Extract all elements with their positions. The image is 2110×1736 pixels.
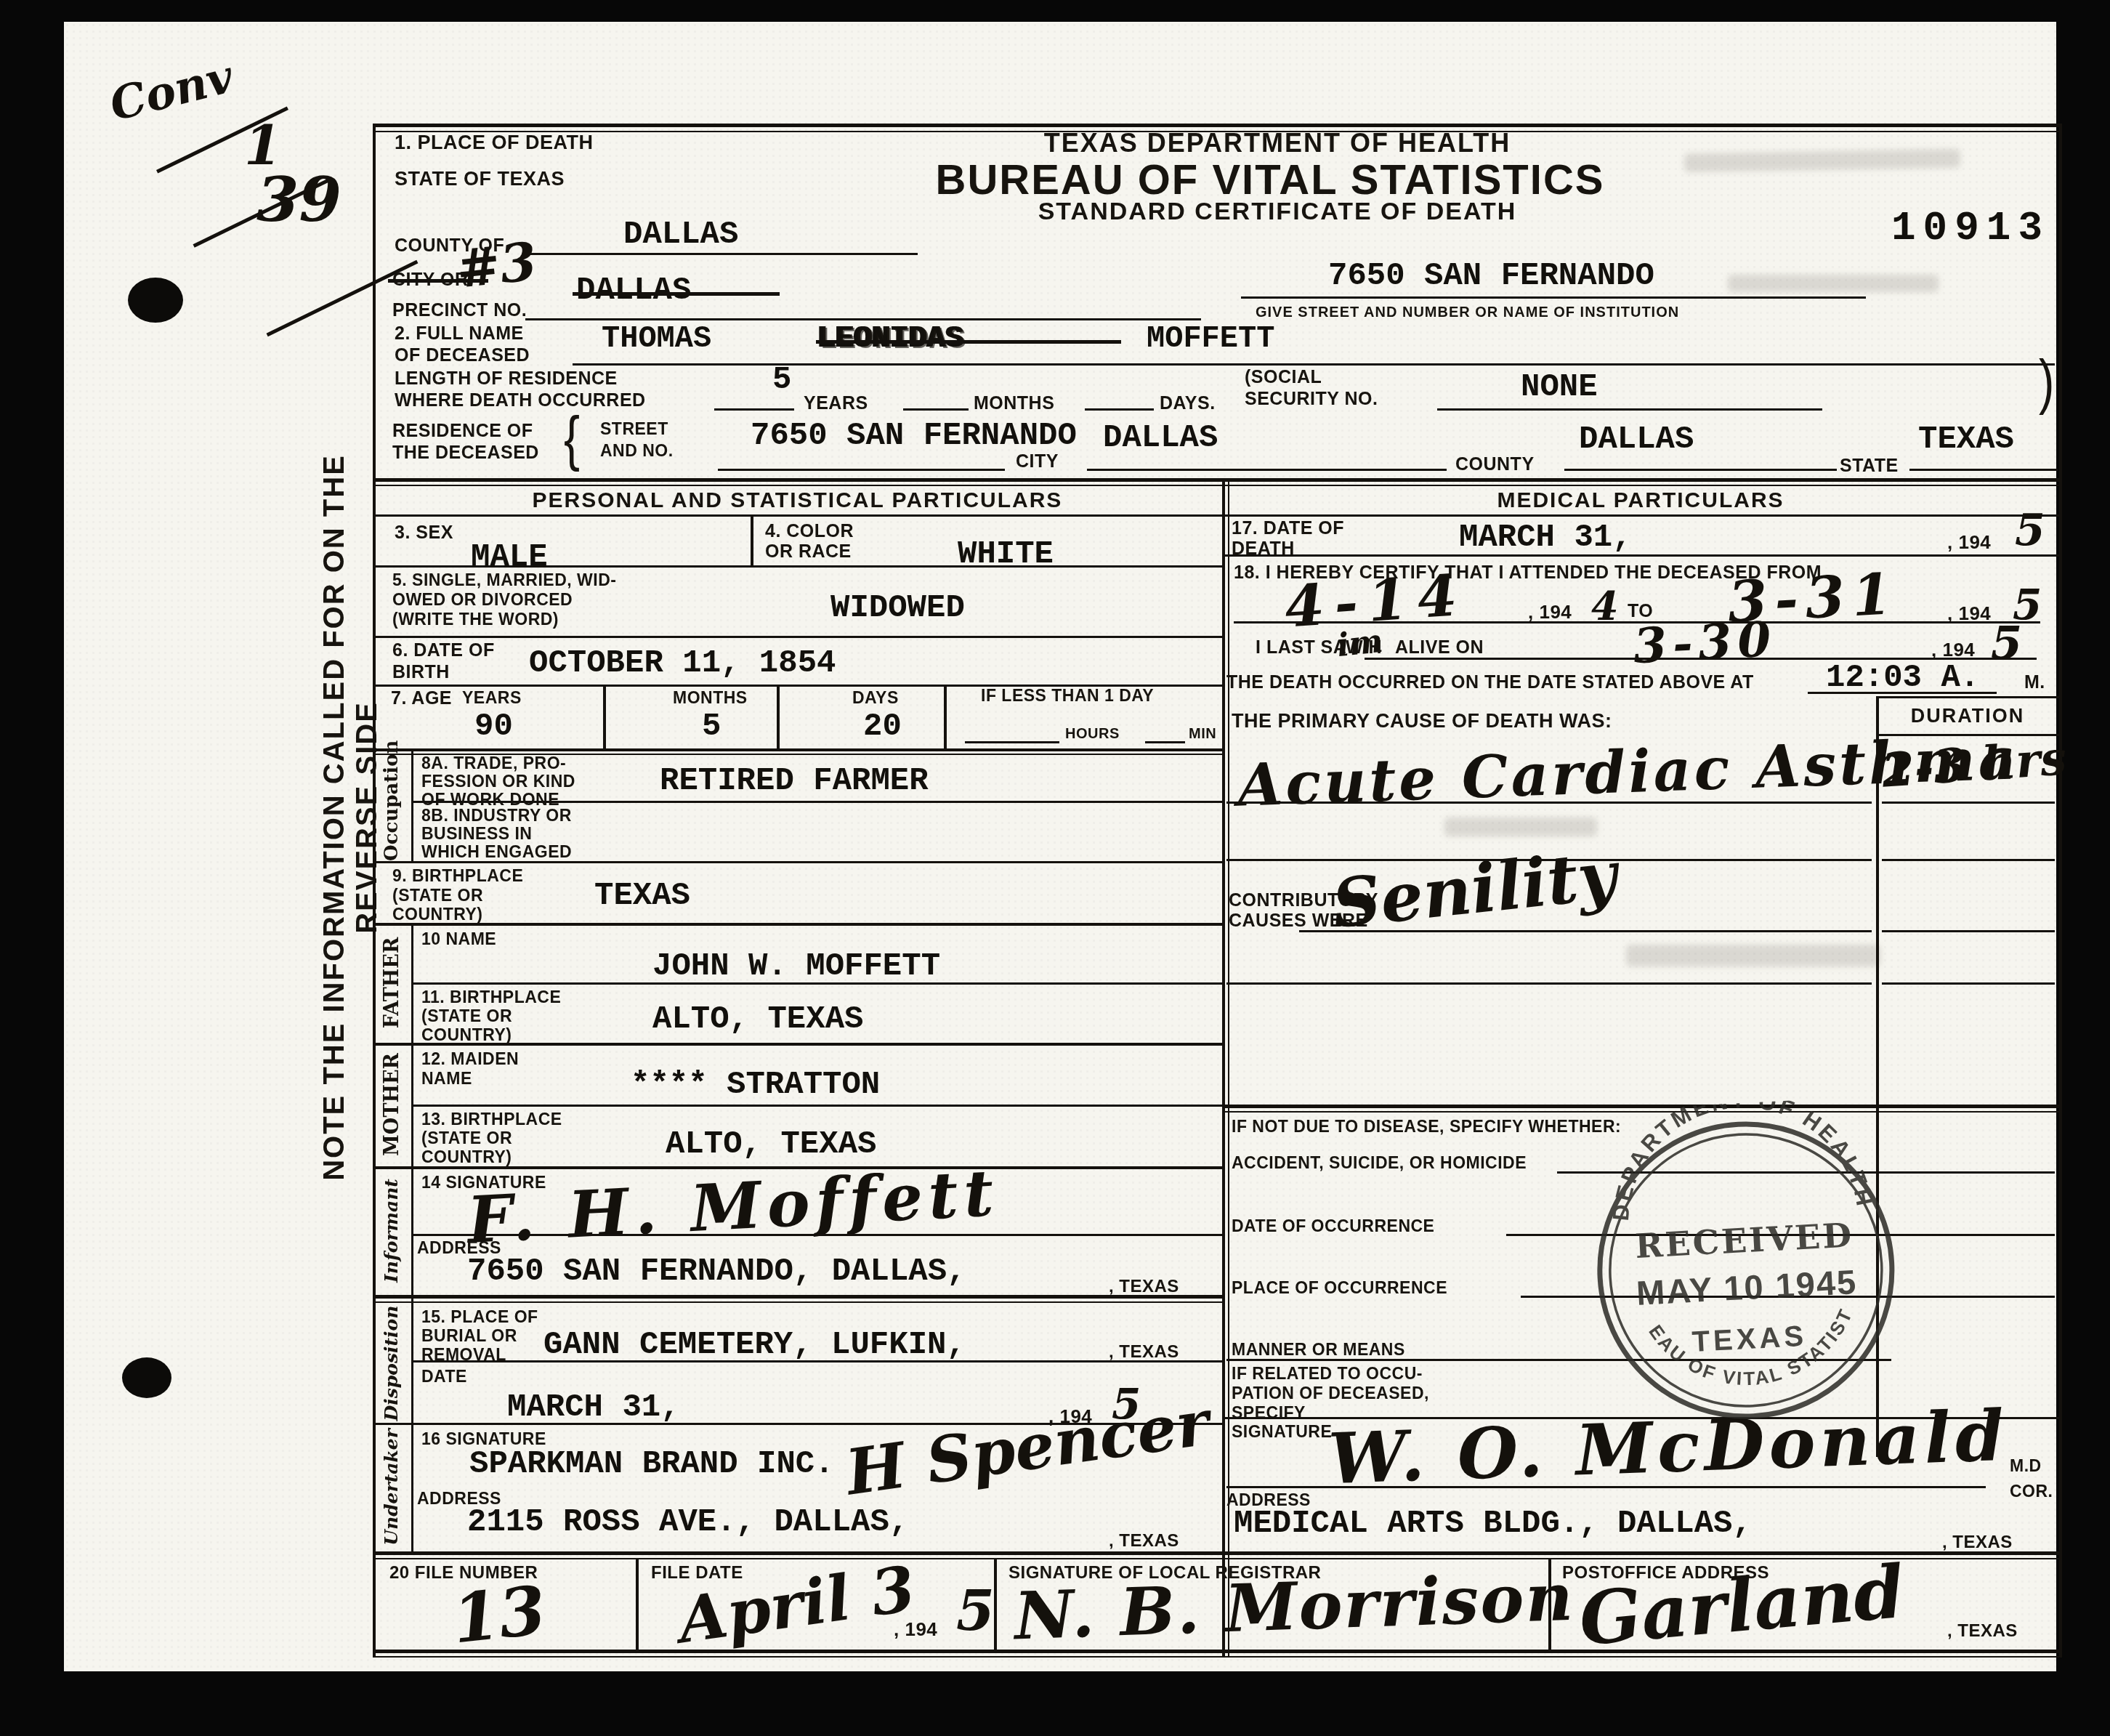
days-label: DAYS. xyxy=(1160,394,1216,413)
file-year-printed: , 194 xyxy=(894,1619,937,1639)
svg-text:DEPARTMENT OF HEALTH: DEPARTMENT OF HEALTH xyxy=(1601,1094,1878,1223)
accident-suicide-label: ACCIDENT, SUICIDE, OR HOMICIDE xyxy=(1232,1154,1527,1172)
stamp-state-text: TEXAS xyxy=(1691,1320,1808,1358)
rule-line xyxy=(1564,469,1837,471)
informant-address-value: 7650 SAN FERNANDO, DALLAS, xyxy=(467,1253,966,1290)
bureau-title: BUREAU OF VITAL STATISTICS xyxy=(914,156,1626,204)
corner-handwritten-note: 39 xyxy=(256,163,341,235)
manner-means-label: MANNER OR MEANS xyxy=(1232,1341,1405,1359)
death-street-value: 7650 SAN FERNANDO xyxy=(1328,258,1654,294)
last-saw-year-printed: , 194 xyxy=(1931,639,1975,660)
street-hint-label: GIVE STREET AND NUMBER OR NAME OF INSTIT… xyxy=(1256,305,1679,321)
rule-line xyxy=(411,923,413,1551)
rule-line xyxy=(411,1360,1222,1362)
death-date-label: 17. DATE OF xyxy=(1232,519,1344,538)
meridiem-label: M. xyxy=(2024,673,2045,693)
industry-label: BUSINESS IN xyxy=(421,825,532,843)
duration-label: DURATION xyxy=(1876,705,2059,727)
mother-side-label: MOTHER xyxy=(381,1043,403,1166)
medical-section-header: MEDICAL PARTICULARS xyxy=(1222,488,2059,513)
father-birthplace-label: COUNTRY) xyxy=(421,1026,512,1044)
marital-label: (WRITE THE WORD) xyxy=(392,610,559,629)
bleed-through-artifact xyxy=(1728,275,1939,292)
physician-address-state: , TEXAS xyxy=(1942,1533,2013,1552)
rule-line xyxy=(373,565,1222,568)
rule-line xyxy=(1241,296,1866,299)
ssn-label: SECURITY NO. xyxy=(1245,389,1378,409)
burial-label: 15. PLACE OF xyxy=(421,1308,538,1326)
ink-blot xyxy=(122,1357,171,1398)
rule-line xyxy=(373,1551,2062,1555)
close-paren: ) xyxy=(2039,350,2055,416)
rule-line xyxy=(373,124,2062,127)
if-not-disease-label: IF NOT DUE TO DISEASE, SPECIFY WHETHER: xyxy=(1232,1118,1621,1136)
marital-label: OWED OR DIVORCED xyxy=(392,591,573,609)
trade-value: RETIRED FARMER xyxy=(660,763,929,799)
death-year-handwritten: 5 xyxy=(2015,505,2045,556)
deceased-middle-name: LEONIDAS xyxy=(816,321,963,356)
related-occupation-label: IF RELATED TO OCCU- xyxy=(1232,1365,1423,1383)
full-name-label: OF DECEASED xyxy=(395,346,530,366)
rule-line xyxy=(573,363,2055,366)
age-years-value: 90 xyxy=(474,708,513,745)
rule-line xyxy=(411,1234,1222,1236)
paper-page: Conv 1 39 NOTE THE INFORMATION CALLED FO… xyxy=(64,22,2056,1671)
undertaker-address-state: , TEXAS xyxy=(1109,1532,1179,1551)
street-and-no-label: STREET xyxy=(600,420,668,438)
undertaker-side-label: Undertaker xyxy=(381,1423,402,1551)
color-race-label: 4. COLOR xyxy=(765,522,854,541)
burial-place-value: GANN CEMETERY, LUFKIN, xyxy=(543,1327,966,1363)
certificate-title: STANDARD CERTIFICATE OF DEATH xyxy=(1001,198,1553,226)
father-side-label: FATHER xyxy=(381,923,403,1043)
rule-line xyxy=(373,1295,1222,1299)
place-of-death-label: 1. PLACE OF DEATH xyxy=(395,132,594,153)
rule-line xyxy=(411,801,1222,803)
personal-section-header: PERSONAL AND STATISTICAL PARTICULARS xyxy=(373,488,1222,513)
age-days-value: 20 xyxy=(863,708,902,745)
alive-on-label: ALIVE ON xyxy=(1395,638,1484,658)
undertaker-name-value: SPARKMAN BRAND INC. xyxy=(469,1446,834,1482)
full-name-label: 2. FULL NAME xyxy=(395,324,524,344)
rule-line xyxy=(525,253,918,255)
occupation-side-label: Occupation xyxy=(381,748,403,861)
burial-date-value: MARCH 31, xyxy=(507,1389,680,1426)
rule-line xyxy=(1882,802,2055,804)
related-occupation-label: PATION OF DECEASED, xyxy=(1232,1384,1429,1402)
rule-line xyxy=(411,748,413,861)
residence-label: THE DECEASED xyxy=(392,443,539,463)
rule-line xyxy=(373,514,2062,517)
file-number-value: 13 xyxy=(449,1571,550,1659)
place-of-occurrence-label: PLACE OF OCCURRENCE xyxy=(1232,1279,1447,1297)
rule-line xyxy=(1222,554,2059,557)
industry-label: WHICH ENGAGED xyxy=(421,843,572,861)
precinct-label: PRECINCT NO. xyxy=(392,301,527,320)
death-occurred-label: THE DEATH OCCURRED ON THE DATE STATED AB… xyxy=(1226,673,1754,693)
state-of-texas-label: STATE OF TEXAS xyxy=(395,169,565,190)
rule-line xyxy=(714,408,794,411)
age-label: 7. AGE xyxy=(391,689,452,708)
strikethrough xyxy=(816,340,1121,344)
maiden-name-value: **** STRATTON xyxy=(631,1067,880,1103)
birthplace-label: (STATE OR xyxy=(392,887,483,905)
residence-length-label: WHERE DEATH OCCURRED xyxy=(395,391,646,411)
date-of-occurrence-label: DATE OF OCCURRENCE xyxy=(1232,1217,1434,1235)
precinct-handwritten-value: #3 xyxy=(453,230,540,299)
age-days-label: DAYS xyxy=(852,689,899,707)
county-value: DALLAS xyxy=(623,217,738,253)
deceased-first-name: THOMAS xyxy=(602,321,711,356)
physician-address-value: MEDICAL ARTS BLDG., DALLAS, xyxy=(1234,1506,1752,1542)
age-months-value: 5 xyxy=(702,708,721,745)
rule-line xyxy=(903,408,969,411)
bleed-through-artifact xyxy=(1684,149,1960,173)
informant-side-label: Informant xyxy=(381,1166,402,1295)
trade-label: FESSION OR KIND xyxy=(421,772,575,791)
age-months-label: MONTHS xyxy=(673,689,748,707)
less-than-day-label: IF LESS THAN 1 DAY xyxy=(981,687,1154,705)
age-years-label: YEARS xyxy=(462,689,522,707)
birth-date-value: OCTOBER 11, 1854 xyxy=(529,645,836,682)
birthplace-label: COUNTRY) xyxy=(392,905,483,924)
hours-label: HOURS xyxy=(1065,727,1120,743)
rule-line xyxy=(1882,982,2055,985)
mother-birthplace-label: 13. BIRTHPLACE xyxy=(421,1110,562,1129)
birthplace-value: TEXAS xyxy=(594,878,690,914)
rule-line xyxy=(525,318,1201,320)
rule-line xyxy=(1085,408,1154,411)
burial-date-label: DATE xyxy=(421,1368,467,1386)
residence-label: RESIDENCE OF xyxy=(392,421,533,441)
rule-line xyxy=(373,124,376,1657)
min-label: MIN xyxy=(1189,727,1216,743)
rule-line xyxy=(1808,692,1997,694)
rule-line xyxy=(751,514,753,565)
rule-line xyxy=(777,685,780,748)
rule-line xyxy=(1437,408,1822,411)
bleed-through-artifact xyxy=(1444,817,1597,836)
rule-line xyxy=(411,1105,1222,1107)
informant-signature-value: F. H. Moffett xyxy=(466,1155,1001,1258)
bleed-through-artifact xyxy=(1626,945,1880,966)
residence-city-value: DALLAS xyxy=(1103,420,1218,456)
father-name-label: 10 NAME xyxy=(421,930,496,948)
rule-line xyxy=(373,1301,1222,1303)
father-birthplace-label: (STATE OR xyxy=(421,1007,512,1025)
department-title: TEXAS DEPARTMENT OF HEALTH xyxy=(1001,128,1553,158)
rule-line xyxy=(373,923,1222,926)
residence-street-value: 7650 SAN FERNANDO xyxy=(751,418,1077,454)
scanned-death-certificate: Conv 1 39 NOTE THE INFORMATION CALLED FO… xyxy=(0,0,2110,1736)
rule-line xyxy=(1087,469,1447,471)
file-year-handwritten: 5 xyxy=(956,1578,995,1643)
primary-cause-label: THE PRIMARY CAUSE OF DEATH WAS: xyxy=(1232,711,1612,732)
last-saw-date: 3-30 xyxy=(1632,610,1778,674)
ssn-label: (SOCIAL xyxy=(1245,368,1322,387)
rule-line xyxy=(373,636,1222,638)
death-year-printed: , 194 xyxy=(1947,532,1991,552)
rule-line xyxy=(1228,478,1229,1657)
street-and-no-label: AND NO. xyxy=(600,442,674,460)
rule-line xyxy=(1145,741,1185,743)
rule-line xyxy=(373,1650,2062,1653)
birthplace-label: 9. BIRTHPLACE xyxy=(392,867,523,885)
disposition-side-label: Disposition xyxy=(381,1304,402,1423)
rule-line xyxy=(944,685,947,748)
rule-line xyxy=(373,861,1222,863)
sex-label: 3. SEX xyxy=(395,523,453,543)
from-year-printed: , 194 xyxy=(1528,602,1572,622)
stamp-received-text: RECEIVED xyxy=(1634,1215,1855,1266)
last-saw-year-handwritten: 5 xyxy=(1991,616,2022,669)
strikethrough xyxy=(573,292,780,296)
death-date-value: MARCH 31, xyxy=(1459,520,1632,556)
burial-state: , TEXAS xyxy=(1109,1343,1179,1362)
father-birthplace-label: 11. BIRTHPLACE xyxy=(421,988,561,1006)
death-time-value: 12:03 A. xyxy=(1826,660,1979,696)
rule-line xyxy=(1226,982,1872,985)
months-label: MONTHS xyxy=(974,394,1054,413)
trade-label: 8A. TRADE, PRO- xyxy=(421,754,566,772)
received-stamp: DEPARTMENT OF HEALTH BUREAU OF VITAL STA… xyxy=(1570,1094,1922,1449)
contributory-value: Senility xyxy=(1328,836,1620,943)
physician-signature-label: SIGNATURE xyxy=(1232,1423,1332,1441)
rule-line xyxy=(373,485,2062,486)
brace: { xyxy=(564,406,581,471)
birth-date-label: BIRTH xyxy=(392,663,450,682)
mother-birthplace-label: COUNTRY) xyxy=(421,1148,512,1166)
md-label: M.D xyxy=(2010,1457,2042,1475)
city-label: CITY xyxy=(1016,452,1059,472)
industry-label: 8B. INDUSTRY OR xyxy=(421,807,572,825)
related-occupation-label: SPECIFY xyxy=(1232,1404,1306,1422)
undertaker-signature-script: H Spencer xyxy=(841,1386,1213,1509)
rule-line xyxy=(1299,930,1872,932)
rule-line xyxy=(373,478,2062,482)
cor-label: COR. xyxy=(2010,1482,2053,1501)
mother-birthplace-label: (STATE OR xyxy=(421,1129,512,1147)
marital-value: WIDOWED xyxy=(830,590,965,626)
years-label: YEARS xyxy=(804,394,868,413)
informant-address-state: , TEXAS xyxy=(1109,1277,1179,1296)
deceased-last-name: MOFFETT xyxy=(1147,321,1274,356)
residence-length-label: LENGTH OF RESIDENCE xyxy=(395,369,618,389)
marital-label: 5. SINGLE, MARRIED, WID- xyxy=(392,571,616,589)
stamp-date-text: MAY 10 1945 xyxy=(1636,1262,1859,1312)
rule-line xyxy=(373,1043,1222,1046)
birth-date-label: 6. DATE OF xyxy=(392,641,495,661)
precinct-value-struck: DALLAS xyxy=(576,272,691,309)
father-name-value: JOHN W. MOFFETT xyxy=(652,948,940,985)
father-birthplace-value: ALTO, TEXAS xyxy=(652,1001,863,1038)
rule-line xyxy=(1226,802,1872,804)
ssn-value: NONE xyxy=(1521,369,1598,405)
maiden-name-label: 12. MAIDEN xyxy=(421,1050,519,1068)
residence-years-value: 5 xyxy=(772,362,791,398)
rule-line xyxy=(1226,1486,1986,1488)
rule-line xyxy=(1882,930,2055,932)
certificate-number: 10913 xyxy=(1891,205,2050,251)
ink-blot xyxy=(128,278,183,323)
undertaker-address-value: 2115 ROSS AVE., DALLAS, xyxy=(467,1504,908,1541)
rule-line xyxy=(1876,696,2059,698)
rule-line xyxy=(373,1656,2062,1658)
residence-county-value: DALLAS xyxy=(1579,421,1694,458)
to-year-printed: , 194 xyxy=(1947,603,1991,623)
corner-handwritten-note: Conv xyxy=(105,49,238,131)
rule-line xyxy=(1909,469,2058,471)
county-label: COUNTY xyxy=(1455,455,1535,475)
rule-line xyxy=(1882,859,2055,861)
burial-label: BURIAL OR xyxy=(421,1327,517,1345)
rule-line xyxy=(603,685,606,748)
postoffice-state: , TEXAS xyxy=(1947,1622,2018,1641)
rule-line xyxy=(2059,124,2062,1657)
maiden-name-label: NAME xyxy=(421,1070,472,1088)
rule-line xyxy=(965,741,1059,743)
color-race-label: OR RACE xyxy=(765,542,852,562)
rule-line xyxy=(718,469,1005,471)
rule-line xyxy=(373,748,1222,751)
state-label: STATE xyxy=(1840,456,1899,476)
rule-line xyxy=(636,1558,639,1652)
stamp-arc-top-text: DEPARTMENT OF HEALTH xyxy=(1601,1094,1878,1223)
mother-birthplace-value: ALTO, TEXAS xyxy=(666,1126,876,1163)
rule-line xyxy=(411,982,1222,985)
residence-state-value: TEXAS xyxy=(1918,421,2014,458)
primary-cause-value: Acute Cardiac Asthma xyxy=(1237,724,2020,819)
rule-line xyxy=(1222,478,1225,1657)
